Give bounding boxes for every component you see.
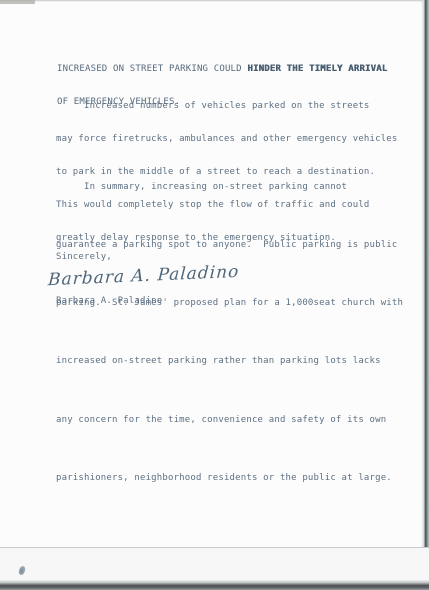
body-line: parishioners, neighborhood residents or … bbox=[56, 469, 403, 488]
body-line: In summary, increasing on-street parking… bbox=[56, 178, 403, 197]
headline-line1-normal: INCREASED ON STREET PARKING COULD bbox=[57, 64, 247, 74]
body-line: increased on-street parking rather than … bbox=[56, 352, 403, 371]
scan-edge-right bbox=[421, 0, 429, 549]
headline-line-1: INCREASED ON STREET PARKING COULD HINDER… bbox=[57, 64, 387, 75]
area-below-page-edge bbox=[0, 548, 429, 583]
scan-edge-top-left-mark bbox=[0, 0, 35, 4]
body-line: any concern for the time, convenience an… bbox=[56, 411, 403, 430]
scan-edge-bottom bbox=[0, 580, 429, 590]
closing-salutation: Sincerely, bbox=[56, 252, 112, 263]
paragraph-summary: In summary, increasing on-street parking… bbox=[56, 139, 403, 527]
body-line: Increased numbers of vehicles parked on … bbox=[56, 101, 398, 112]
typed-signer-name: Barbara A. Paladino bbox=[56, 296, 162, 307]
scanned-letter-page: INCREASED ON STREET PARKING COULD HINDER… bbox=[0, 0, 429, 590]
headline-line1-bold: HINDER THE TIMELY ARRIVAL bbox=[247, 64, 387, 74]
scan-edge-top bbox=[0, 0, 429, 2]
